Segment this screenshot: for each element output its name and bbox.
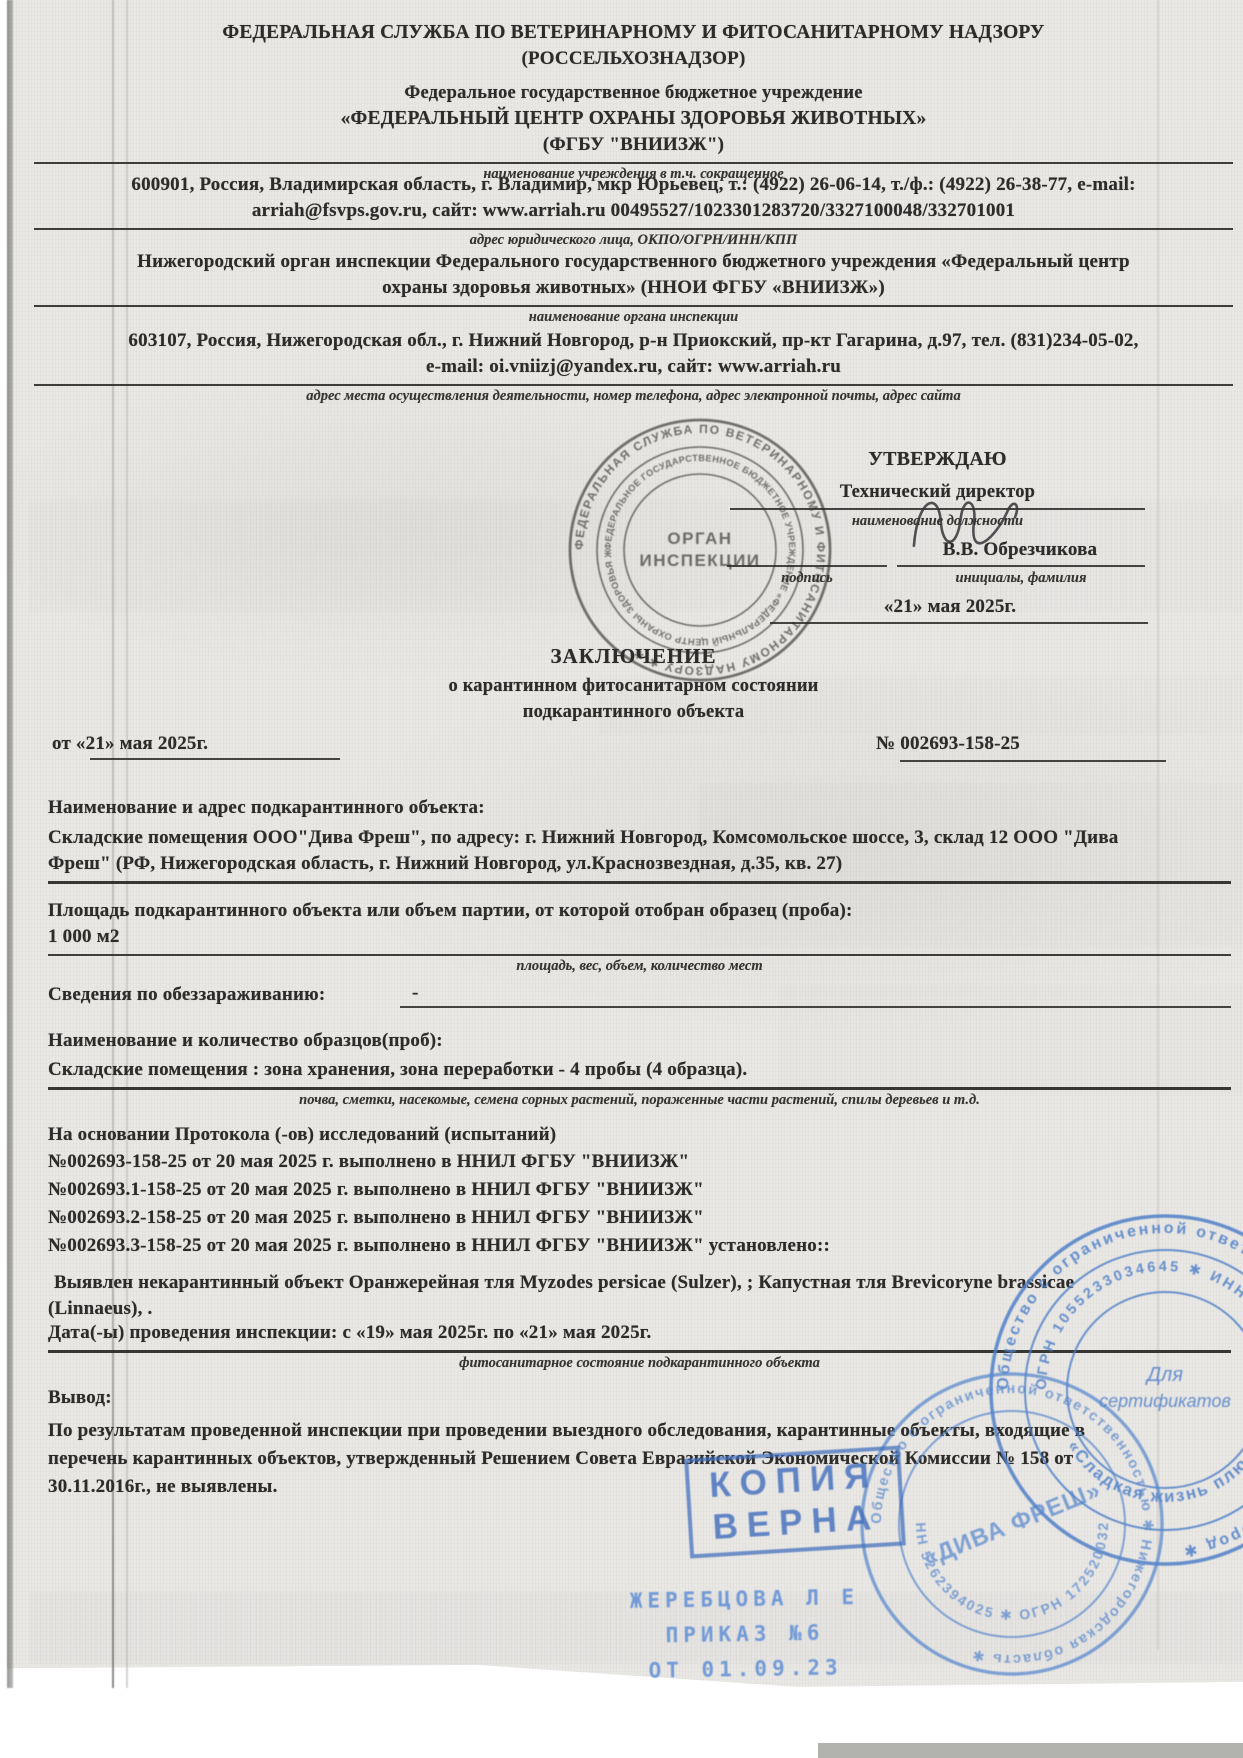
object-label: Наименование и адрес подкарантинного объ… (48, 795, 1231, 821)
document-number-underline (900, 760, 1166, 762)
legal-address-line1: 600901, Россия, Владимирская область, г.… (34, 172, 1233, 198)
legal-address-block: 600901, Россия, Владимирская область, г.… (34, 172, 1233, 249)
agency-name-line1: ФЕДЕРАЛЬНАЯ СЛУЖБА ПО ВЕТЕРИНАРНОМУ И ФИ… (34, 20, 1233, 46)
disinfection-block: Сведения по обеззараживанию: - (48, 980, 1231, 1008)
document-title: ЗАКЛЮЧЕНИЕ (34, 643, 1233, 669)
scanned-document-page: ФЕДЕРАЛЬНАЯ СЛУЖБА ПО ВЕТЕРИНАРНОМУ И ФИ… (0, 0, 1243, 1758)
inspection-stamp-center-line2: ИНСПЕКЦИИ (639, 551, 760, 570)
object-value-line1: Складские помещения ООО"Дива Фреш", по а… (48, 825, 1231, 851)
samples-block: Наименование и количество образцов(проб)… (48, 1028, 1231, 1109)
disinfection-label: Сведения по обеззараживанию: (48, 982, 400, 1008)
protocol-item: №002693.1-158-25 от 20 мая 2025 г. выпол… (48, 1176, 1231, 1204)
order-stamp: ЖЕРЕБЦОВА Л Е ПРИКАЗ №6 ОТ 01.09.23 (619, 1580, 871, 1689)
activity-address-line1: 603107, Россия, Нижегородская обл., г. Н… (34, 328, 1233, 354)
inspection-org-line1: Нижегородский орган инспекции Федерально… (34, 249, 1233, 275)
activity-address-line2: e-mail: oi.vniizj@yandex.ru, сайт: www.a… (34, 354, 1233, 380)
divider-rule (34, 305, 1233, 307)
scan-edge-shadow (7, 0, 13, 1688)
order-stamp-order: ПРИКАЗ №6 (620, 1615, 871, 1654)
protocol-item: №002693-158-25 от 20 мая 2025 г. выполне… (48, 1148, 1231, 1176)
approve-label: УТВЕРЖДАЮ (855, 446, 1020, 472)
area-block: Площадь подкарантинного объекта или объе… (48, 898, 1231, 975)
samples-underline (48, 1087, 1231, 1090)
protocols-label: На основании Протокола (-ов) исследовани… (48, 1122, 1231, 1148)
divider-rule (34, 162, 1233, 164)
name-caption: инициалы, фамилия (897, 570, 1145, 587)
inspection-org-caption: наименование органа инспекции (34, 309, 1233, 326)
legal-address-line2: arriah@fsvps.gov.ru, сайт: www.arriah.ru… (34, 198, 1233, 224)
institution-name: «ФЕДЕРАЛЬНЫЙ ЦЕНТР ОХРАНЫ ЗДОРОВЬЯ ЖИВОТ… (34, 106, 1233, 132)
document-number: № 002693-158-25 (876, 731, 1020, 757)
area-value: 1 000 м2 (48, 924, 1231, 950)
object-value-line2: Фреш" (РФ, Нижегородская область, г. Ниж… (48, 851, 1231, 877)
document-date-underline (90, 758, 340, 760)
order-stamp-date: ОТ 01.09.23 (620, 1650, 871, 1689)
scan-bottom-strip (818, 1743, 1243, 1758)
inspection-org-block: Нижегородский орган инспекции Федерально… (34, 249, 1233, 326)
object-block: Наименование и адрес подкарантинного объ… (48, 795, 1231, 884)
activity-address-caption: адрес места осуществления деятельности, … (34, 388, 1233, 405)
samples-label: Наименование и количество образцов(проб)… (48, 1028, 1231, 1054)
signature-caption: подпись (727, 570, 887, 587)
approver-name: В.В. Обрезчикова (895, 537, 1145, 563)
samples-caption: почва, сметки, насекомые, семена сорных … (48, 1092, 1231, 1109)
document-subtitle2: подкарантинного объекта (34, 699, 1233, 725)
agency-name-line2: (РОССЕЛЬХОЗНАДЗОР) (34, 46, 1233, 72)
institution-abbrev: (ФГБУ "ВНИИЗЖ") (34, 132, 1233, 158)
institution-type: Федеральное государственное бюджетное уч… (34, 80, 1233, 106)
document-title-block: ЗАКЛЮЧЕНИЕ о карантинном фитосанитарном … (34, 643, 1233, 725)
legal-address-caption: адрес юридического лица, ОКПО/ОГРН/ИНН/К… (34, 232, 1233, 249)
object-underline (48, 881, 1231, 884)
samples-value: Складские помещения : зона хранения, зон… (48, 1057, 1231, 1083)
document-subtitle1: о карантинном фитосанитарном состоянии (34, 673, 1233, 699)
divider-rule (34, 384, 1233, 386)
document-date: от «21» мая 2025г. (52, 731, 208, 757)
activity-address-block: 603107, Россия, Нижегородская обл., г. Н… (34, 328, 1233, 405)
approval-date-underline (770, 622, 1148, 624)
divider-rule (34, 228, 1233, 230)
area-label: Площадь подкарантинного объекта или объе… (48, 898, 1231, 924)
inspection-stamp-center-line1: ОРГАН (667, 529, 732, 548)
area-underline (48, 954, 1231, 956)
name-underline (897, 565, 1145, 567)
letterhead: ФЕДЕРАЛЬНАЯ СЛУЖБА ПО ВЕТЕРИНАРНОМУ И ФИ… (34, 20, 1233, 183)
inspection-org-line2: охраны здоровья животных» (ННОИ ФГБУ «ВН… (34, 275, 1233, 301)
approval-date: «21» мая 2025г. (820, 594, 1080, 620)
area-caption: площадь, вес, объем, количество мест (48, 958, 1231, 975)
signature-underline (727, 565, 887, 567)
disinfection-value: - (400, 980, 1231, 1008)
copy-true-stamp: КОПИЯ ВЕРНА (684, 1446, 906, 1559)
order-stamp-name: ЖЕРЕБЦОВА Л Е (619, 1580, 870, 1619)
divafresh-stamp-center-text: «ДИВА ФРЕШ» (920, 1477, 1105, 1573)
